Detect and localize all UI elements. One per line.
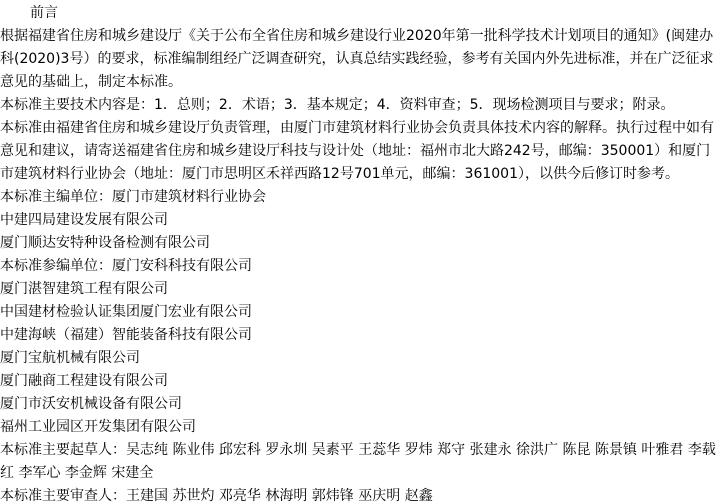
unit-name: 厦门市建筑材料行业协会: [112, 189, 266, 205]
intro-paragraph: 根据福建省住房和城乡建设厅《关于公布全省住房和城乡建设行业2020年第一批科学技…: [0, 25, 718, 94]
unit-name: 中建海峡（福建）智能装备科技有限公司: [0, 324, 718, 347]
paragraph-line: 根据福建省住房和城乡建设厅《关于公布全省住房和城乡建设行业2020年第一批科学技…: [0, 25, 718, 48]
reviewers-line: 本标准主要审查人：王建国 苏世灼 邓亮华 林海明 郭炜锋 巫庆明 赵鑫: [0, 485, 718, 504]
unit-name: 厦门宝航机械有限公司: [0, 347, 718, 370]
paragraph-line: 本标准主要技术内容是：1．总则；2．术语；3．基本规定；4．资料审查；5．现场检…: [0, 94, 718, 117]
unit-name: 厦门湛智建筑工程有限公司: [0, 278, 718, 301]
reviewers-label: 本标准主要审查人：: [0, 488, 126, 504]
drafters-label: 本标准主要起草人：: [0, 442, 126, 458]
participating-line: 本标准参编单位：厦门安科科技有限公司: [0, 255, 718, 278]
technical-content-paragraph: 本标准主要技术内容是：1．总则；2．术语；3．基本规定；4．资料审查；5．现场检…: [0, 94, 718, 117]
unit-name: 中建四局建设发展有限公司: [0, 209, 718, 232]
paragraph-line: 科(2020)3号）的要求，标准编制组经广泛调查研究，认真总结实践经验，参考有关…: [0, 48, 718, 71]
reviewers-names: 王建国 苏世灼 邓亮华 林海明 郭炜锋 巫庆明 赵鑫: [126, 488, 433, 504]
document: 前言 根据福建省住房和城乡建设厅《关于公布全省住房和城乡建设行业2020年第一批…: [0, 0, 718, 504]
unit-name: 中国建材检验认证集团厦门宏业有限公司: [0, 301, 718, 324]
participating-units: 本标准参编单位：厦门安科科技有限公司 厦门湛智建筑工程有限公司 中国建材检验认证…: [0, 255, 718, 439]
chief-editor-line: 本标准主编单位：厦门市建筑材料行业协会: [0, 186, 718, 209]
drafters-names-continued: 红 李军心 李金辉 宋建全: [0, 462, 718, 485]
chief-editor-units: 本标准主编单位：厦门市建筑材料行业协会 中建四局建设发展有限公司 厦门顺达安特种…: [0, 186, 718, 255]
drafters-names: 吴志纯 陈业伟 邱宏科 罗永圳 吴素平 王蕊华 罗炜 郑守 张建永 徐洪广 陈昆…: [126, 442, 716, 458]
unit-name: 厦门顺达安特种设备检测有限公司: [0, 232, 718, 255]
unit-name: 福州工业园区开发集团有限公司: [0, 416, 718, 439]
reviewers: 本标准主要审查人：王建国 苏世灼 邓亮华 林海明 郭炜锋 巫庆明 赵鑫: [0, 485, 718, 504]
drafters: 本标准主要起草人：吴志纯 陈业伟 邱宏科 罗永圳 吴素平 王蕊华 罗炜 郑守 张…: [0, 439, 718, 485]
chief-editor-label: 本标准主编单位：: [0, 189, 112, 205]
unit-name: 厦门融商工程建设有限公司: [0, 370, 718, 393]
unit-name: 厦门安科科技有限公司: [112, 258, 252, 274]
participating-label: 本标准参编单位：: [0, 258, 112, 274]
paragraph-line: 意见和建议，请寄送福建省住房和城乡建设厅科技与设计处（地址：福州市北大路242号…: [0, 140, 718, 163]
paragraph-line: 市建筑材料行业协会（地址：厦门市思明区禾祥西路12号701单元，邮编：36100…: [0, 163, 718, 186]
unit-name: 厦门市沃安机械设备有限公司: [0, 393, 718, 416]
document-title: 前言: [0, 2, 718, 25]
management-paragraph: 本标准由福建省住房和城乡建设厅负责管理，由厦门市建筑材料行业协会负责具体技术内容…: [0, 117, 718, 186]
drafters-line: 本标准主要起草人：吴志纯 陈业伟 邱宏科 罗永圳 吴素平 王蕊华 罗炜 郑守 张…: [0, 439, 718, 462]
paragraph-line: 意见的基础上，制定本标准。: [0, 71, 718, 94]
paragraph-line: 本标准由福建省住房和城乡建设厅负责管理，由厦门市建筑材料行业协会负责具体技术内容…: [0, 117, 718, 140]
